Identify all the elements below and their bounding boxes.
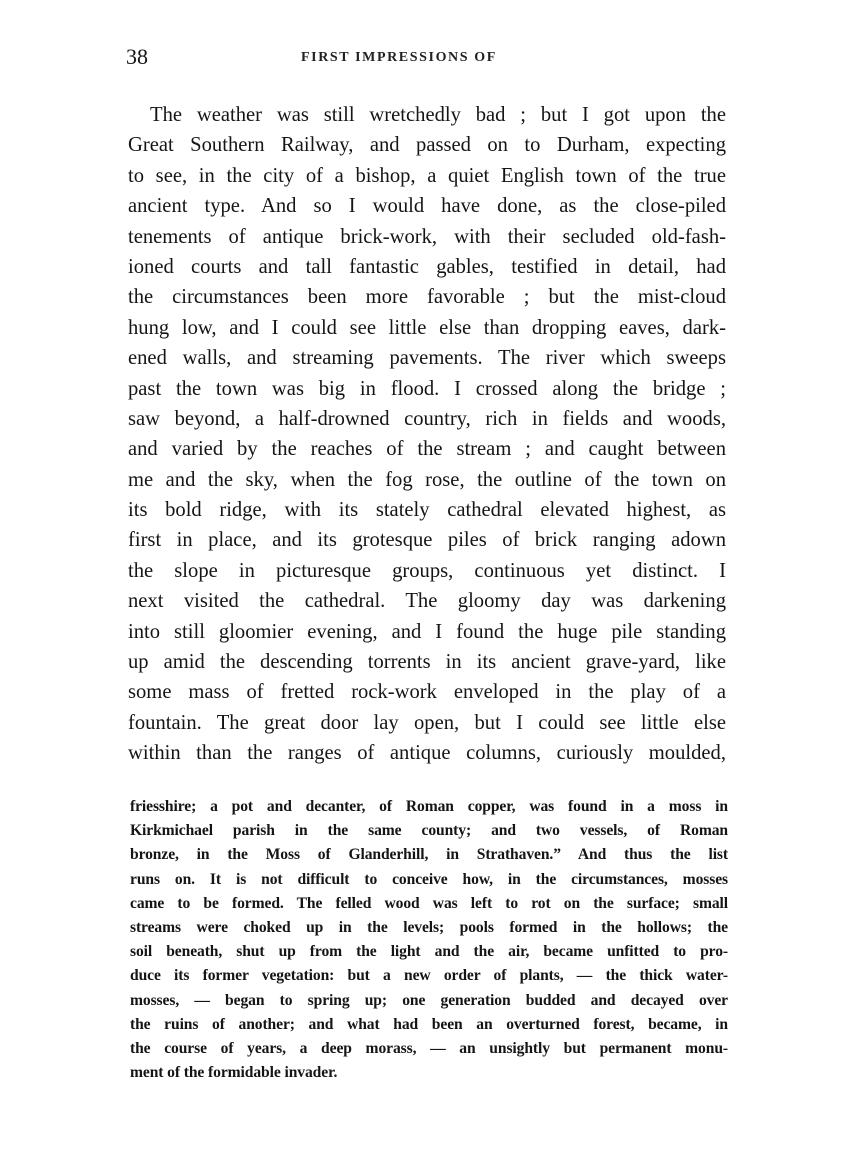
footnote-line: the ruins of another; and what had been … bbox=[130, 1013, 728, 1037]
body-line: me and the sky, when the fog rose, the o… bbox=[128, 465, 726, 495]
body-line: into still gloomier evening, and I found… bbox=[128, 617, 726, 647]
footnote-line: ment of the formidable invader. bbox=[130, 1061, 728, 1085]
footnote-line: the course of years, a deep morass, — an… bbox=[130, 1037, 728, 1061]
body-line: first in place, and its grotesque piles … bbox=[128, 525, 726, 555]
footnote-line: came to be formed. The felled wood was l… bbox=[130, 892, 728, 916]
body-line: the slope in picturesque groups, continu… bbox=[128, 556, 726, 586]
footnote-line: friesshire; a pot and decanter, of Roman… bbox=[130, 795, 728, 819]
body-line: Great Southern Railway, and passed on to… bbox=[128, 130, 726, 160]
footnote-text: friesshire; a pot and decanter, of Roman… bbox=[130, 795, 728, 1085]
page-header: 38 FIRST IMPRESSIONS OF bbox=[126, 42, 726, 72]
running-head: FIRST IMPRESSIONS OF bbox=[301, 46, 497, 70]
footnote-line: soil beneath, shut up from the light and… bbox=[130, 940, 728, 964]
body-line: past the town was big in flood. I crosse… bbox=[128, 374, 726, 404]
body-line: The weather was still wretchedly bad ; b… bbox=[128, 100, 726, 130]
body-line: tenements of antique brick-work, with th… bbox=[128, 222, 726, 252]
body-line: ened walls, and streaming pavements. The… bbox=[128, 343, 726, 373]
body-line: fountain. The great door lay open, but I… bbox=[128, 708, 726, 738]
body-line: to see, in the city of a bishop, a quiet… bbox=[128, 161, 726, 191]
footnote-line: runs on. It is not difficult to conceive… bbox=[130, 868, 728, 892]
body-line: its bold ridge, with its stately cathedr… bbox=[128, 495, 726, 525]
body-line: some mass of fretted rock-work enveloped… bbox=[128, 677, 726, 707]
body-line: ioned courts and tall fantastic gables, … bbox=[128, 252, 726, 282]
body-line: up amid the descending torrents in its a… bbox=[128, 647, 726, 677]
body-line: hung low, and I could see little else th… bbox=[128, 313, 726, 343]
footnote-line: mosses, — began to spring up; one genera… bbox=[130, 989, 728, 1013]
body-line: saw beyond, a half-drowned country, rich… bbox=[128, 404, 726, 434]
main-body-text: The weather was still wretchedly bad ; b… bbox=[128, 100, 726, 769]
footnote-line: bronze, in the Moss of Glanderhill, in S… bbox=[130, 843, 728, 867]
footnote-line: Kirkmichael parish in the same county; a… bbox=[130, 819, 728, 843]
body-line: ancient type. And so I would have done, … bbox=[128, 191, 726, 221]
body-line: next visited the cathedral. The gloomy d… bbox=[128, 586, 726, 616]
body-line: within than the ranges of antique column… bbox=[128, 738, 726, 768]
footnote-line: duce its former vegetation: but a new or… bbox=[130, 964, 728, 988]
body-line: the circumstances been more favorable ; … bbox=[128, 282, 726, 312]
page-number: 38 bbox=[126, 42, 148, 72]
footnote-line: streams were choked up in the levels; po… bbox=[130, 916, 728, 940]
book-page: 38 FIRST IMPRESSIONS OF The weather was … bbox=[0, 0, 850, 1150]
body-line: and varied by the reaches of the stream … bbox=[128, 434, 726, 464]
